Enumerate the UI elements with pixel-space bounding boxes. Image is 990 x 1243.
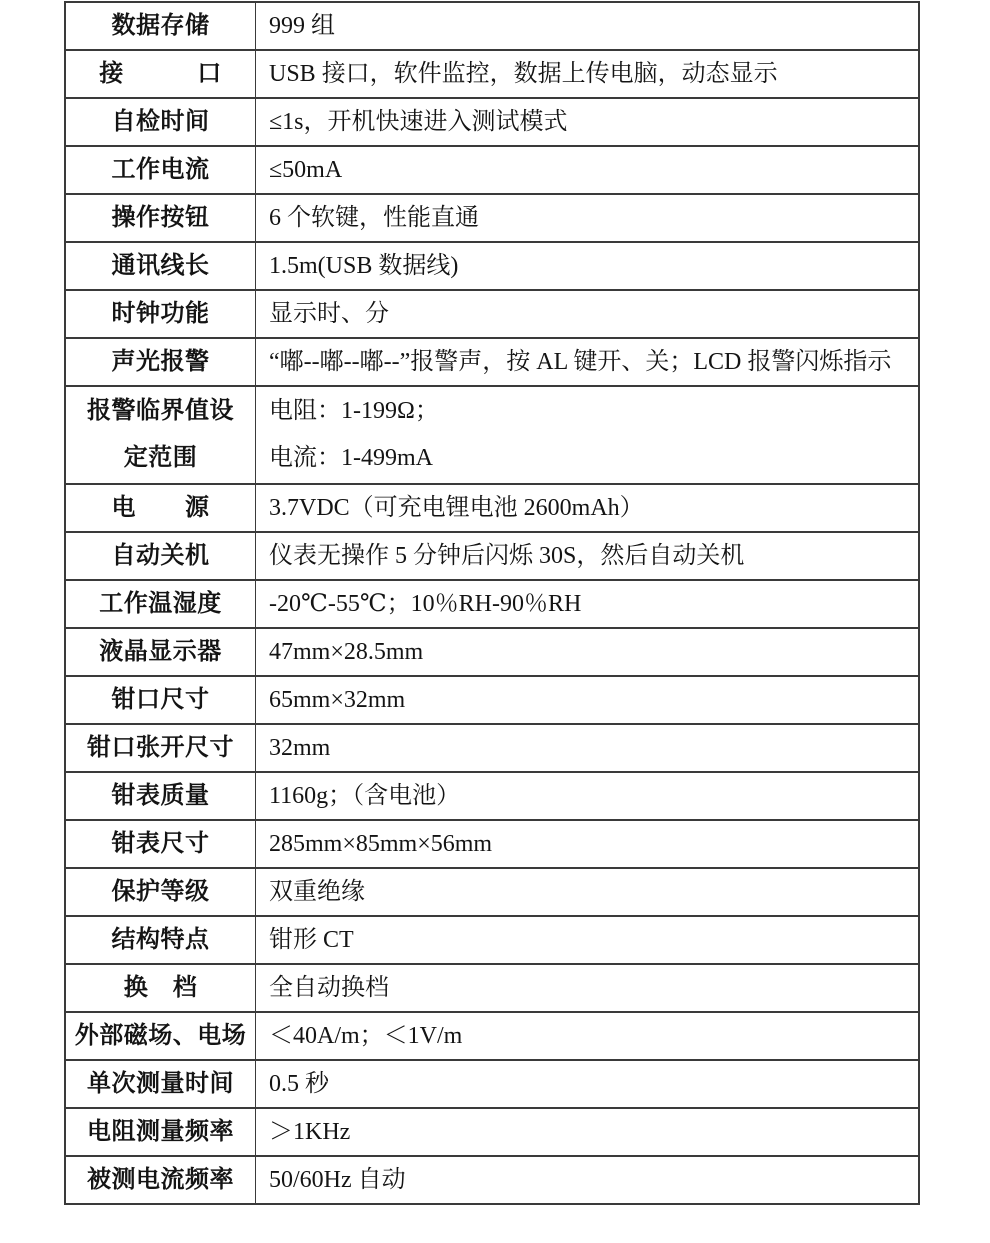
spec-row-auto-poweroff: 自动关机 仪表无操作 5 分钟后闪烁 30S，然后自动关机: [65, 532, 919, 580]
spec-label: 保护等级: [65, 868, 256, 916]
spec-value: 显示时、分: [256, 290, 920, 338]
spec-label: 钳口张开尺寸: [65, 724, 256, 772]
spec-value: 6 个软键，性能直通: [256, 194, 920, 242]
spec-value: “嘟--嘟--嘟--”报警声，按 AL 键开、关；LCD 报警闪烁指示: [256, 338, 920, 386]
spec-row-resistance-measure-freq: 电阻测量频率 ＞1KHz: [65, 1108, 919, 1156]
spec-value: ≤50mA: [256, 146, 920, 194]
spec-label: 通讯线长: [65, 242, 256, 290]
spec-row-range-switching: 换 档 全自动换档: [65, 964, 919, 1012]
spec-label: 单次测量时间: [65, 1060, 256, 1108]
spec-value: 47mm×28.5mm: [256, 628, 920, 676]
spec-label: 钳表尺寸: [65, 820, 256, 868]
spec-value: -20℃-55℃；10％RH-90％RH: [256, 580, 920, 628]
spec-label: 电 源: [65, 484, 256, 532]
spec-value: 双重绝缘: [256, 868, 920, 916]
spec-label: 被测电流频率: [65, 1156, 256, 1204]
spec-value: 999 组: [256, 2, 920, 50]
spec-row-selfcheck-time: 自检时间 ≤1s，开机快速进入测试模式: [65, 98, 919, 146]
spec-row-working-current: 工作电流 ≤50mA: [65, 146, 919, 194]
spec-row-alarm-threshold-range: 报警临界值设 定范围 电阻：1-199Ω； 电流：1-499mA: [65, 386, 919, 484]
spec-value: 全自动换档: [256, 964, 920, 1012]
spec-label: 时钟功能: [65, 290, 256, 338]
spec-row-protection-class: 保护等级 双重绝缘: [65, 868, 919, 916]
spec-row-lcd-display: 液晶显示器 47mm×28.5mm: [65, 628, 919, 676]
spec-row-measured-current-freq: 被测电流频率 50/60Hz 自动: [65, 1156, 919, 1204]
spec-value: 285mm×85mm×56mm: [256, 820, 920, 868]
spec-value: 32mm: [256, 724, 920, 772]
spec-label: 工作电流: [65, 146, 256, 194]
spec-row-external-field: 外部磁场、电场 ＜40A/m；＜1V/m: [65, 1012, 919, 1060]
spec-label: 钳口尺寸: [65, 676, 256, 724]
spec-label: 数据存储: [65, 2, 256, 50]
spec-row-jaw-opening-size: 钳口张开尺寸 32mm: [65, 724, 919, 772]
spec-value: 1.5m(USB 数据线): [256, 242, 920, 290]
spec-value: 3.7VDC（可充电锂电池 2600mAh）: [256, 484, 920, 532]
spec-label: 自检时间: [65, 98, 256, 146]
spec-label: 接 口: [65, 50, 256, 98]
spec-value: 钳形 CT: [256, 916, 920, 964]
spec-row-operating-temp-humidity: 工作温湿度 -20℃-55℃；10％RH-90％RH: [65, 580, 919, 628]
spec-value: USB 接口，软件监控，数据上传电脑，动态显示: [256, 50, 920, 98]
spec-row-alarm: 声光报警 “嘟--嘟--嘟--”报警声，按 AL 键开、关；LCD 报警闪烁指示: [65, 338, 919, 386]
spec-label: 声光报警: [65, 338, 256, 386]
spec-row-single-measure-time: 单次测量时间 0.5 秒: [65, 1060, 919, 1108]
spec-value: 1160g；（含电池）: [256, 772, 920, 820]
spec-row-buttons: 操作按钮 6 个软键，性能直通: [65, 194, 919, 242]
spec-value: 电阻：1-199Ω； 电流：1-499mA: [256, 386, 920, 484]
spec-value: 50/60Hz 自动: [256, 1156, 920, 1204]
spec-row-jaw-size: 钳口尺寸 65mm×32mm: [65, 676, 919, 724]
spec-row-data-storage: 数据存储 999 组: [65, 2, 919, 50]
spec-label: 外部磁场、电场: [65, 1012, 256, 1060]
spec-row-power-supply: 电 源 3.7VDC（可充电锂电池 2600mAh）: [65, 484, 919, 532]
spec-table: 数据存储 999 组 接 口 USB 接口，软件监控，数据上传电脑，动态显示 自…: [64, 1, 920, 1205]
spec-row-cable-length: 通讯线长 1.5m(USB 数据线): [65, 242, 919, 290]
spec-value: ≤1s，开机快速进入测试模式: [256, 98, 920, 146]
spec-row-meter-weight: 钳表质量 1160g；（含电池）: [65, 772, 919, 820]
spec-row-clock-function: 时钟功能 显示时、分: [65, 290, 919, 338]
spec-value: 0.5 秒: [256, 1060, 920, 1108]
spec-label: 工作温湿度: [65, 580, 256, 628]
spec-value: ＜40A/m；＜1V/m: [256, 1012, 920, 1060]
spec-table-body: 数据存储 999 组 接 口 USB 接口，软件监控，数据上传电脑，动态显示 自…: [65, 2, 919, 1204]
spec-label: 报警临界值设 定范围: [65, 386, 256, 484]
spec-row-meter-dimensions: 钳表尺寸 285mm×85mm×56mm: [65, 820, 919, 868]
spec-label: 液晶显示器: [65, 628, 256, 676]
spec-value: 65mm×32mm: [256, 676, 920, 724]
spec-label: 钳表质量: [65, 772, 256, 820]
spec-row-interface: 接 口 USB 接口，软件监控，数据上传电脑，动态显示: [65, 50, 919, 98]
spec-value: 仪表无操作 5 分钟后闪烁 30S，然后自动关机: [256, 532, 920, 580]
spec-label: 自动关机: [65, 532, 256, 580]
spec-value: ＞1KHz: [256, 1108, 920, 1156]
spec-label: 电阻测量频率: [65, 1108, 256, 1156]
spec-row-structure-feature: 结构特点 钳形 CT: [65, 916, 919, 964]
spec-label: 操作按钮: [65, 194, 256, 242]
spec-label: 结构特点: [65, 916, 256, 964]
spec-label: 换 档: [65, 964, 256, 1012]
